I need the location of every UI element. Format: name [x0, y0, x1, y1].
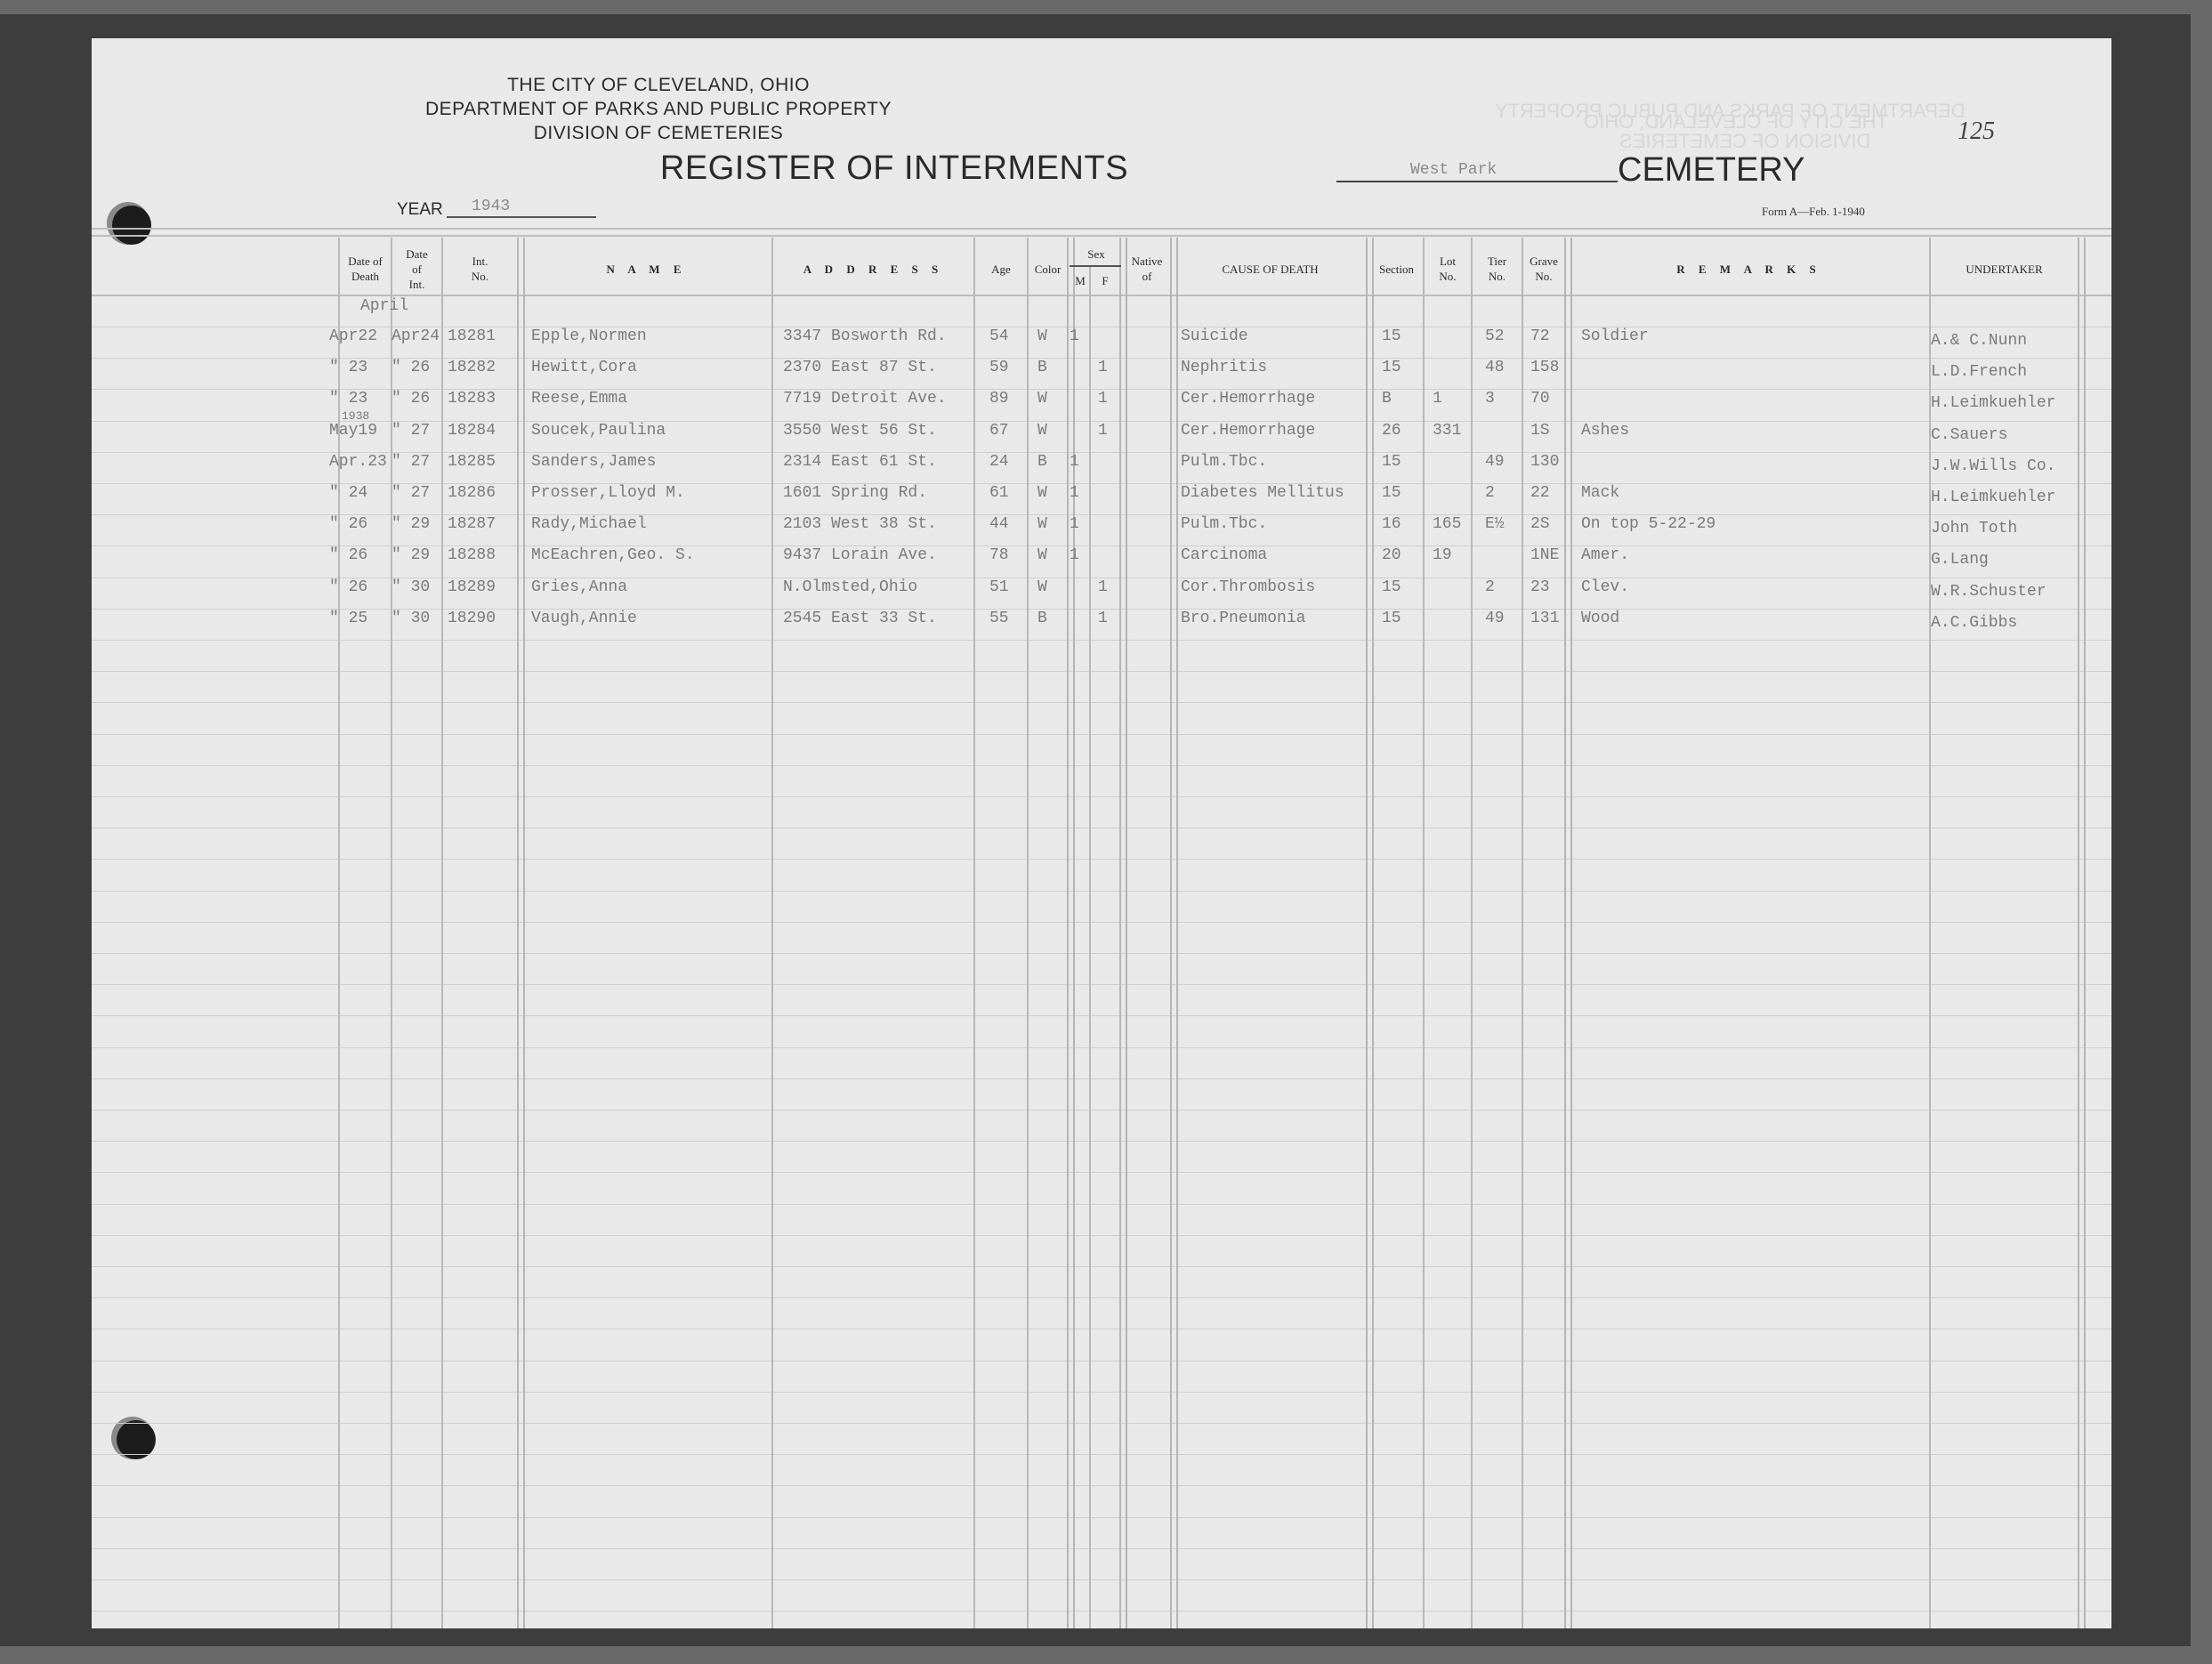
column-divider [2078, 238, 2086, 1628]
grave-no-cell: 2S [1530, 515, 1550, 533]
age-cell: 51 [989, 578, 1009, 596]
row-line [92, 765, 2111, 766]
date-of-death-cell: May19 [329, 422, 377, 440]
remarks-cell: Wood [1581, 610, 1619, 627]
remarks-cell: Soldier [1581, 327, 1649, 345]
int-no-cell: 18288 [448, 546, 496, 564]
address-cell: 3550 West 56 St. [783, 422, 937, 440]
address-cell: 2314 East 61 St. [783, 453, 937, 471]
date-of-death-cell: " 26 [329, 578, 367, 596]
date-of-int-cell: " 26 [392, 390, 430, 408]
grave-no-cell: 1S [1530, 422, 1550, 440]
date-of-int-cell: " 30 [392, 610, 430, 627]
name-cell: Vaugh,Annie [531, 610, 637, 627]
col-label: Native of [1129, 254, 1165, 284]
column-divider [1471, 238, 1473, 1628]
age-cell: 61 [989, 484, 1009, 502]
date-of-int-cell: " 27 [392, 484, 430, 502]
cause-of-death-cell: Pulm.Tbc. [1181, 453, 1267, 471]
section-cell: B [1382, 390, 1392, 408]
int-no-cell: 18287 [448, 515, 496, 533]
year-line [447, 216, 596, 218]
address-cell: 2370 East 87 St. [783, 359, 937, 376]
tier-no-cell: 2 [1485, 484, 1495, 502]
address-cell: 7719 Detroit Ave. [783, 390, 947, 408]
col-color: Color [1029, 242, 1067, 295]
lot-no-cell: 165 [1433, 515, 1461, 533]
undertaker-cell: H.Leimkuehler [1931, 489, 2055, 506]
top-rule [92, 228, 2111, 230]
int-no-cell: 18283 [448, 390, 496, 408]
name-cell: Rady,Michael [531, 515, 647, 533]
department-heading: DEPARTMENT OF PARKS AND PUBLIC PROPERTY [383, 99, 934, 120]
date-of-death-cell: " 24 [329, 484, 367, 502]
column-divider [1366, 238, 1374, 1628]
color-cell: B [1037, 359, 1047, 376]
year-note: 1938 [342, 409, 369, 423]
section-cell: 15 [1382, 453, 1401, 471]
tier-no-cell: 2 [1485, 578, 1495, 596]
grave-no-cell: 72 [1530, 327, 1550, 345]
binder-edge-right [2191, 0, 2212, 1664]
date-of-death-cell: Apr22 [329, 327, 377, 345]
section-cell: 15 [1382, 610, 1401, 627]
sex-m-cell: 1 [1070, 546, 1079, 564]
date-of-death-cell: " 26 [329, 515, 367, 533]
bleed-through-text: DIVISION OF CEMETERIES [1619, 130, 1870, 153]
row-line [92, 1235, 2111, 1236]
row-line [92, 640, 2111, 641]
lot-no-cell: 1 [1433, 390, 1442, 408]
color-cell: W [1037, 390, 1047, 408]
city-heading: THE CITY OF CLEVELAND, OHIO [480, 75, 836, 96]
name-cell: Sanders,James [531, 453, 656, 471]
int-no-cell: 18282 [448, 359, 496, 376]
col-int-no: Int. No. [443, 242, 517, 295]
row-line [92, 1579, 2111, 1580]
col-sex: Sex [1071, 242, 1121, 265]
address-cell: N.Olmsted,Ohio [783, 578, 917, 596]
int-no-cell: 18284 [448, 422, 496, 440]
color-cell: W [1037, 484, 1047, 502]
row-line [92, 1015, 2111, 1016]
address-cell: 2103 West 38 St. [783, 515, 937, 533]
col-section: Section [1370, 242, 1423, 295]
date-of-int-cell: " 30 [392, 578, 430, 596]
division-heading: DIVISION OF CEMETERIES [480, 123, 836, 144]
age-cell: 55 [989, 610, 1009, 627]
int-no-cell: 18286 [448, 484, 496, 502]
row-line [92, 1423, 2111, 1424]
row-line [92, 734, 2111, 735]
col-lot-no: Lot No. [1425, 242, 1471, 295]
int-no-cell: 18285 [448, 453, 496, 471]
date-of-death-cell: " 23 [329, 390, 367, 408]
row-line [92, 1454, 2111, 1455]
tier-no-cell: 49 [1485, 453, 1505, 471]
row-line [92, 1361, 2111, 1361]
lot-no-cell: 19 [1433, 546, 1452, 564]
col-label: Grave No. [1528, 254, 1560, 284]
date-of-death-cell: " 25 [329, 610, 367, 627]
undertaker-cell: H.Leimkuehler [1931, 394, 2055, 412]
row-line [92, 984, 2111, 985]
undertaker-cell: J.W.Wills Co. [1931, 457, 2055, 475]
cause-of-death-cell: Cer.Hemorrhage [1181, 390, 1315, 408]
col-sex-m: M [1071, 267, 1089, 294]
top-rule [92, 235, 2111, 237]
remarks-cell: Mack [1581, 484, 1619, 502]
cemetery-name-line [1336, 181, 1618, 182]
tier-no-cell: 52 [1485, 327, 1505, 345]
sex-f-cell: 1 [1098, 578, 1108, 596]
name-cell: Prosser,Lloyd M. [531, 484, 685, 502]
age-cell: 44 [989, 515, 1009, 533]
year-value: 1943 [472, 198, 510, 215]
month-label: April [360, 297, 408, 315]
row-line [92, 859, 2111, 860]
row-line [92, 828, 2111, 828]
row-line [92, 1548, 2111, 1549]
age-cell: 54 [989, 327, 1009, 345]
address-cell: 3347 Bosworth Rd. [783, 327, 947, 345]
color-cell: W [1037, 546, 1047, 564]
undertaker-cell: John Toth [1931, 520, 2017, 537]
column-divider [1119, 238, 1127, 1628]
row-line [92, 671, 2111, 672]
cause-of-death-cell: Nephritis [1181, 359, 1267, 376]
col-date-of-int: Date of Int. [392, 242, 441, 295]
remarks-cell: Ashes [1581, 422, 1629, 440]
grave-no-cell: 23 [1530, 578, 1550, 596]
age-cell: 59 [989, 359, 1009, 376]
column-divider [391, 238, 392, 1628]
section-cell: 15 [1382, 327, 1401, 345]
age-cell: 67 [989, 422, 1009, 440]
column-divider [973, 238, 975, 1628]
cause-of-death-cell: Suicide [1181, 327, 1248, 345]
col-address: A D D R E S S [773, 242, 973, 295]
cemetery-name-value: West Park [1410, 161, 1497, 179]
cause-of-death-cell: Pulm.Tbc. [1181, 515, 1267, 533]
tier-no-cell: 3 [1485, 390, 1495, 408]
column-divider [771, 238, 773, 1628]
column-divider [1170, 238, 1178, 1628]
name-cell: McEachren,Geo. S. [531, 546, 695, 564]
sex-f-cell: 1 [1098, 422, 1108, 440]
col-native-of: Native of [1124, 242, 1170, 295]
section-cell: 16 [1382, 515, 1401, 533]
int-no-cell: 18281 [448, 327, 496, 345]
col-label: Tier No. [1486, 254, 1509, 284]
address-cell: 9437 Lorain Ave. [783, 546, 937, 564]
column-divider [1067, 238, 1075, 1628]
undertaker-cell: A.& C.Nunn [1931, 332, 2027, 350]
undertaker-cell: L.D.French [1931, 363, 2027, 381]
sex-m-cell: 1 [1070, 453, 1079, 471]
date-of-death-cell: Apr.23 [329, 453, 387, 471]
col-remarks: R E M A R K S [1569, 242, 1929, 295]
column-divider [1564, 238, 1572, 1628]
column-divider [441, 238, 443, 1628]
section-cell: 15 [1382, 359, 1401, 376]
date-of-int-cell: " 27 [392, 422, 430, 440]
undertaker-cell: G.Lang [1931, 551, 1989, 569]
column-divider [1522, 238, 1523, 1628]
row-line [92, 922, 2111, 923]
row-line [92, 1047, 2111, 1048]
name-cell: Reese,Emma [531, 390, 627, 408]
color-cell: W [1037, 327, 1047, 345]
cause-of-death-cell: Bro.Pneumonia [1181, 610, 1305, 627]
date-of-int-cell: " 27 [392, 453, 430, 471]
col-label: Int. No. [467, 254, 494, 284]
grave-no-cell: 158 [1530, 359, 1559, 376]
register-title: REGISTER OF INTERMENTS [645, 149, 1143, 188]
lot-no-cell: 331 [1433, 422, 1461, 440]
grave-no-cell: 131 [1530, 610, 1559, 627]
row-line [92, 796, 2111, 797]
row-line [92, 1141, 2111, 1142]
col-cause-of-death: CAUSE OF DEATH [1175, 242, 1366, 295]
date-of-int-cell: " 29 [392, 515, 430, 533]
col-age: Age [975, 242, 1027, 295]
age-cell: 78 [989, 546, 1009, 564]
section-cell: 20 [1382, 546, 1401, 564]
section-cell: 15 [1382, 484, 1401, 502]
sex-m-cell: 1 [1070, 515, 1079, 533]
row-line [92, 1329, 2111, 1329]
address-cell: 2545 East 33 St. [783, 610, 937, 627]
year-label: YEAR [397, 200, 443, 220]
row-line [92, 1110, 2111, 1111]
grave-no-cell: 22 [1530, 484, 1550, 502]
sex-f-cell: 1 [1098, 390, 1108, 408]
column-divider [1089, 267, 1091, 1628]
binder-hole-icon [112, 206, 151, 245]
row-line [92, 1078, 2111, 1079]
date-of-int-cell: " 26 [392, 359, 430, 376]
binder-edge-top [0, 0, 2212, 14]
color-cell: W [1037, 515, 1047, 533]
cause-of-death-cell: Cor.Thrombosis [1181, 578, 1315, 596]
col-sex-f: F [1091, 267, 1119, 294]
undertaker-cell: C.Sauers [1931, 426, 2007, 444]
cause-of-death-cell: Cer.Hemorrhage [1181, 422, 1315, 440]
section-cell: 26 [1382, 422, 1401, 440]
binder-edge-bottom [0, 1646, 2212, 1664]
tier-no-cell: 48 [1485, 359, 1505, 376]
row-line [92, 1485, 2111, 1486]
date-of-int-cell: Apr24 [392, 327, 440, 345]
column-divider [1423, 238, 1425, 1628]
remarks-cell: Amer. [1581, 546, 1629, 564]
age-cell: 89 [989, 390, 1009, 408]
grave-no-cell: 130 [1530, 453, 1559, 471]
row-line [92, 1297, 2111, 1298]
name-cell: Soucek,Paulina [531, 422, 666, 440]
row-line [92, 1266, 2111, 1267]
row-line [92, 702, 2111, 703]
date-of-death-cell: " 26 [329, 546, 367, 564]
column-divider [1929, 238, 1931, 1628]
col-label: Date of Int. [404, 246, 431, 292]
cause-of-death-cell: Diabetes Mellitus [1181, 484, 1344, 502]
bleed-through-text: DEPARTMENT OF PARKS AND PUBLIC PROPERTY [1495, 100, 1966, 123]
col-date-of-death: Date of Death [340, 242, 391, 295]
row-line [92, 1204, 2111, 1205]
tier-no-cell: 49 [1485, 610, 1505, 627]
form-code: Form A—Feb. 1-1940 [1762, 205, 1865, 219]
row-line [92, 1392, 2111, 1393]
cemetery-label: CEMETERY [1618, 151, 1822, 190]
column-divider [338, 238, 340, 1628]
col-label: Date of Death [348, 254, 383, 284]
color-cell: W [1037, 578, 1047, 596]
col-grave-no: Grave No. [1523, 242, 1564, 295]
col-tier-no: Tier No. [1473, 242, 1522, 295]
grave-no-cell: 70 [1530, 390, 1550, 408]
color-cell: B [1037, 610, 1047, 627]
name-cell: Hewitt,Cora [531, 359, 637, 376]
date-of-int-cell: " 29 [392, 546, 430, 564]
row-line [92, 953, 2111, 954]
undertaker-cell: A.C.Gibbs [1931, 614, 2017, 632]
row-line [92, 1517, 2111, 1518]
age-cell: 24 [989, 453, 1009, 471]
col-undertaker: UNDERTAKER [1931, 242, 2078, 295]
int-no-cell: 18289 [448, 578, 496, 596]
row-line [92, 1611, 2111, 1611]
sex-m-cell: 1 [1070, 484, 1079, 502]
row-line [92, 1172, 2111, 1173]
color-cell: B [1037, 453, 1047, 471]
column-divider [517, 238, 525, 1628]
tier-no-cell: E½ [1485, 515, 1505, 533]
sex-f-cell: 1 [1098, 610, 1108, 627]
undertaker-cell: W.R.Schuster [1931, 583, 2047, 601]
name-cell: Gries,Anna [531, 578, 627, 596]
cause-of-death-cell: Carcinoma [1181, 546, 1267, 564]
row-line [92, 891, 2111, 892]
column-divider [1027, 238, 1029, 1628]
page-number: 125 [1958, 117, 1995, 146]
col-label: Lot No. [1436, 254, 1459, 284]
int-no-cell: 18290 [448, 610, 496, 627]
sex-m-cell: 1 [1070, 327, 1079, 345]
color-cell: W [1037, 422, 1047, 440]
section-cell: 15 [1382, 578, 1401, 596]
date-of-death-cell: " 23 [329, 359, 367, 376]
address-cell: 1601 Spring Rd. [783, 484, 927, 502]
remarks-cell: Clev. [1581, 578, 1629, 596]
grave-no-cell: 1NE [1530, 546, 1559, 564]
sex-f-cell: 1 [1098, 359, 1108, 376]
remarks-cell: On top 5-22-29 [1581, 515, 1716, 533]
col-name: N A M E [521, 242, 771, 295]
name-cell: Epple,Normen [531, 327, 647, 345]
